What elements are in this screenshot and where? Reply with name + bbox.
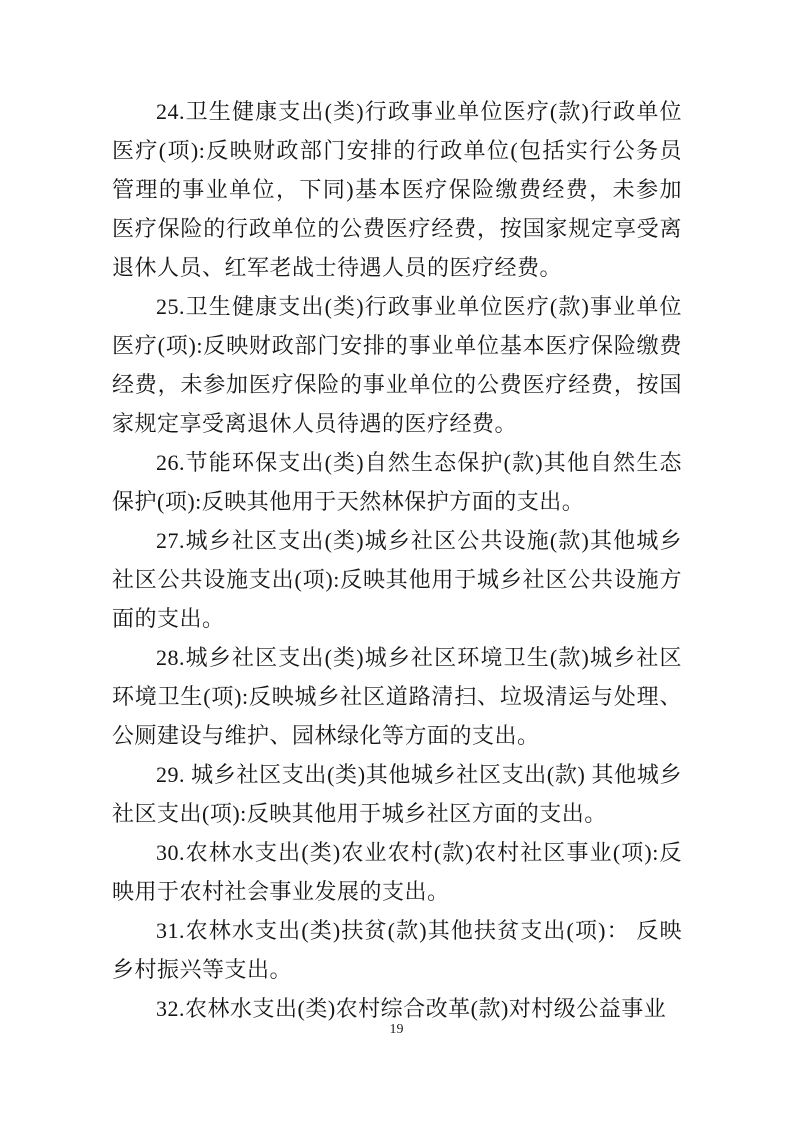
paragraph-item-28: 28.城乡社区支出(类)城乡社区环境卫生(款)城乡社区环境卫生(项):反映城乡社… (112, 638, 682, 755)
paragraph-item-26: 26.节能环保支出(类)自然生态保护(款)其他自然生态保护(项):反映其他用于天… (112, 443, 682, 521)
paragraph-item-24: 24.卫生健康支出(类)行政事业单位医疗(款)行政单位医疗(项):反映财政部门安… (112, 92, 682, 287)
document-page: 24.卫生健康支出(类)行政事业单位医疗(款)行政单位医疗(项):反映财政部门安… (0, 0, 793, 1122)
document-body: 24.卫生健康支出(类)行政事业单位医疗(款)行政单位医疗(项):反映财政部门安… (112, 92, 682, 1028)
paragraph-item-25: 25.卫生健康支出(类)行政事业单位医疗(款)事业单位医疗(项):反映财政部门安… (112, 287, 682, 443)
page-number: 19 (0, 1020, 793, 1040)
paragraph-item-29: 29. 城乡社区支出(类)其他城乡社区支出(款) 其他城乡社区支出(项):反映其… (112, 755, 682, 833)
paragraph-item-27: 27.城乡社区支出(类)城乡社区公共设施(款)其他城乡社区公共设施支出(项):反… (112, 521, 682, 638)
paragraph-item-31: 31.农林水支出(类)扶贫(款)其他扶贫支出(项)： 反映乡村振兴等支出。 (112, 911, 682, 989)
paragraph-item-30: 30.农林水支出(类)农业农村(款)农村社区事业(项):反映用于农村社会事业发展… (112, 833, 682, 911)
